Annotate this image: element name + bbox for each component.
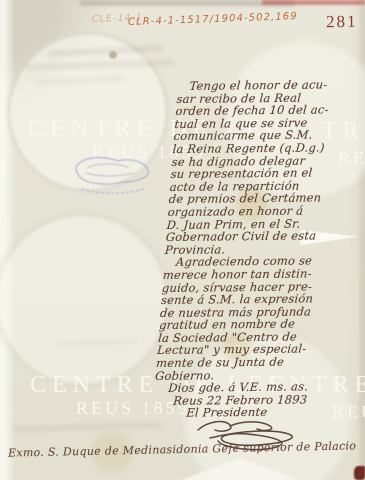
bleed-through-line — [35, 76, 125, 86]
ink-stamp — [66, 152, 158, 202]
binding-mark — [354, 466, 365, 480]
archive-reference: CLR-4-1-1517/1904-502,169 — [128, 11, 298, 28]
bleed-through-line — [12, 421, 162, 432]
scan-top-red-edge — [262, 0, 365, 5]
page-fold-corner — [175, 458, 305, 480]
scanned-letter-page: CENTRE DE LEC TRE REUS 1859 RE CENTRE DE… — [0, 0, 365, 480]
addressee-line: Exmo. S. Duque de Medinasidonia Gefe sup… — [8, 439, 353, 459]
letter-paragraph: Tengo el honor de acu-sar recibo de la R… — [164, 78, 364, 256]
bleed-through-line — [48, 45, 163, 57]
folio-number: 281 — [326, 12, 358, 33]
letter-body: Tengo el honor de acu-sar recibo de la R… — [152, 78, 364, 420]
bleed-through-line — [58, 339, 138, 347]
letter-paragraph: Agradeciendo como semerece honor tan dis… — [155, 254, 351, 382]
bleed-through-line — [25, 59, 175, 70]
